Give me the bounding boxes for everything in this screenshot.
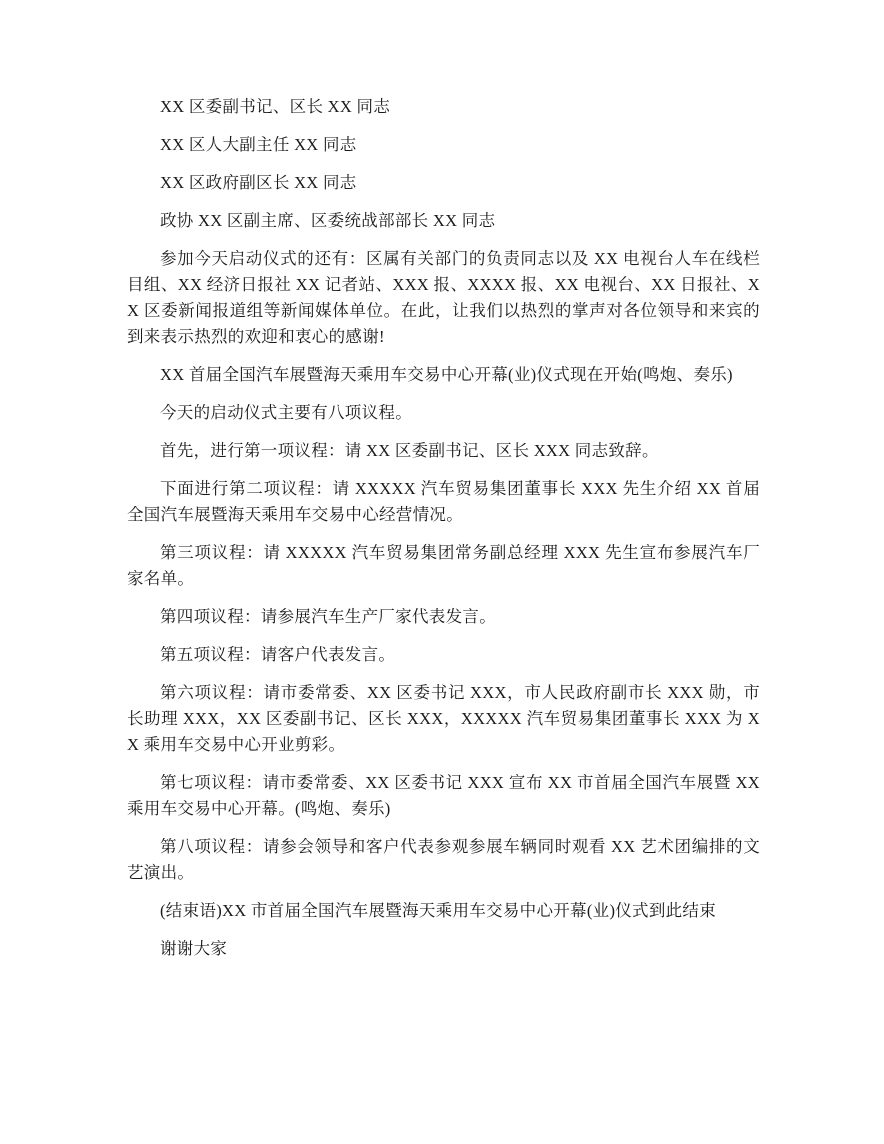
thanks-line: 谢谢大家 <box>127 936 760 962</box>
agenda-item-6: 第六项议程：请市委常委、XX 区委书记 XXX，市人民政府副市长 XXX 勋，市… <box>127 680 760 758</box>
attendees-media-paragraph: 参加今天启动仪式的还有：区属有关部门的负责同志以及 XX 电视台人车在线栏目组、… <box>127 246 760 350</box>
agenda-item-1: 首先，进行第一项议程：请 XX 区委副书记、区长 XXX 同志致辞。 <box>127 438 760 464</box>
agenda-item-8: 第八项议程：请参会领导和客户代表参观参展车辆同时观看 XX 艺术团编排的文艺演出… <box>127 834 760 886</box>
document-body: XX 区委副书记、区长 XX 同志 XX 区人大副主任 XX 同志 XX 区政府… <box>127 94 760 974</box>
agenda-item-5: 第五项议程：请客户代表发言。 <box>127 642 760 668</box>
attendee-leader-1: XX 区委副书记、区长 XX 同志 <box>127 94 760 120</box>
agenda-item-3: 第三项议程：请 XXXXX 汽车贸易集团常务副总经理 XXX 先生宣布参展汽车厂… <box>127 540 760 592</box>
ceremony-start-line: XX 首届全国汽车展暨海天乘用车交易中心开幕(业)仪式现在开始(鸣炮、奏乐) <box>127 362 760 388</box>
agenda-item-2: 下面进行第二项议程：请 XXXXX 汽车贸易集团董事长 XXX 先生介绍 XX … <box>127 476 760 528</box>
attendee-leader-4: 政协 XX 区副主席、区委统战部部长 XX 同志 <box>127 208 760 234</box>
closing-line: (结束语)XX 市首届全国汽车展暨海天乘用车交易中心开幕(业)仪式到此结束 <box>127 898 760 924</box>
attendee-leader-3: XX 区政府副区长 XX 同志 <box>127 170 760 196</box>
attendee-leader-2: XX 区人大副主任 XX 同志 <box>127 132 760 158</box>
agenda-item-7: 第七项议程：请市委常委、XX 区委书记 XXX 宣布 XX 市首届全国汽车展暨 … <box>127 770 760 822</box>
agenda-overview-line: 今天的启动仪式主要有八项议程。 <box>127 400 760 426</box>
document-page: XX 区委副书记、区长 XX 同志 XX 区人大副主任 XX 同志 XX 区政府… <box>0 0 884 1144</box>
agenda-item-4: 第四项议程：请参展汽车生产厂家代表发言。 <box>127 604 760 630</box>
